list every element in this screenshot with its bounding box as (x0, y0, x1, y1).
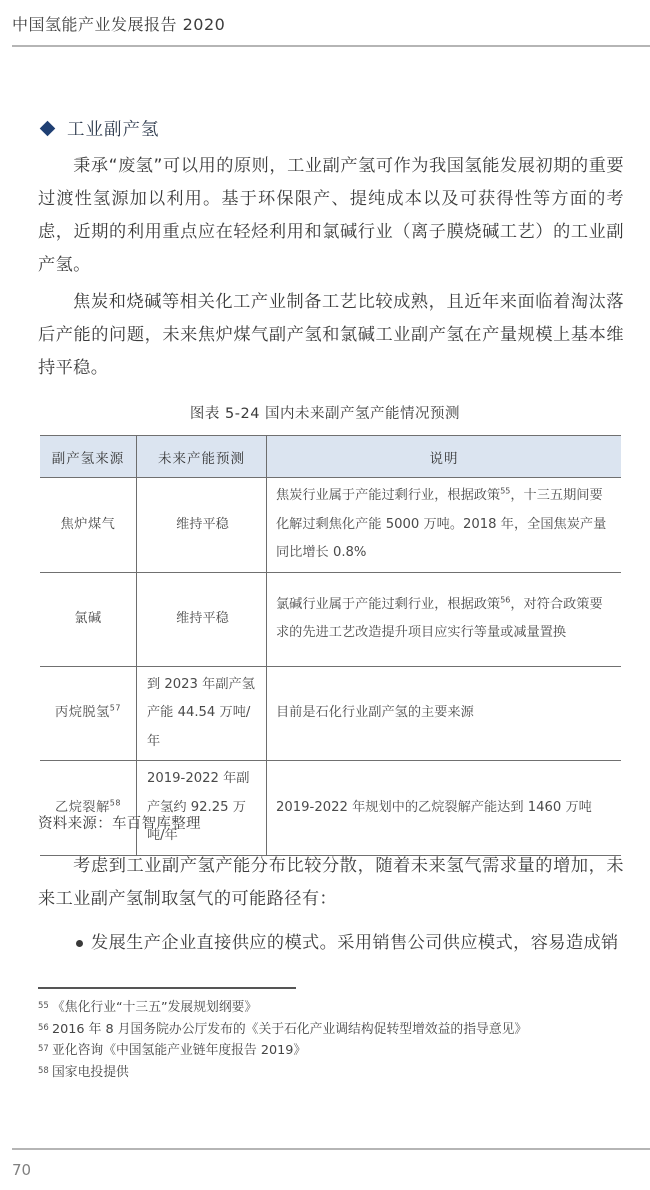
cell-note: 2019-2022 年规划中的乙烷裂解产能达到 1460 万吨 (267, 761, 622, 856)
cell-source: 乙烷裂解58 (40, 761, 137, 856)
footnote-number: 58 (38, 1062, 52, 1082)
table-caption: 图表 5-24 国内未来副产氢产能情况预测 (0, 402, 650, 423)
footnotes: 55《焦化行业“十三五”发展规划纲要》 562016 年 8 月国务院办公厅发布… (38, 998, 527, 1084)
header-divider (12, 45, 650, 47)
bullet-item: 发展生产企业直接供应的模式。采用销售公司供应模式，容易造成销 (76, 928, 619, 953)
cell-note: 焦炭行业属于产能过剩行业，根据政策55，十三五期间要化解过剩焦化产能 5000 … (267, 478, 622, 573)
table-row: 乙烷裂解58 2019-2022 年副产氢约 92.25 万吨/年 2019-2… (40, 761, 621, 856)
column-header-note: 说明 (267, 436, 622, 478)
footnote-number: 57 (38, 1040, 52, 1060)
footnote-text: 国家电投提供 (52, 1063, 129, 1083)
column-header-source: 副产氢来源 (40, 436, 137, 478)
cell-forecast: 到 2023 年副产氢产能 44.54 万吨/年 (137, 666, 267, 761)
footnote-text: 2016 年 8 月国务院办公厅发布的《关于石化产业调结构促转型增效益的指导意见… (52, 1020, 527, 1040)
cell-note: 氯碱行业属于产能过剩行业，根据政策56，对符合政策要求的先进工艺改造提升项目应实… (267, 572, 622, 666)
footnote-number: 56 (38, 1019, 52, 1039)
footnote-number: 55 (38, 997, 52, 1017)
footnote-item: 58国家电投提供 (38, 1063, 527, 1085)
footnote-ref[interactable]: 56 (500, 595, 510, 604)
cell-note: 目前是石化行业副产氢的主要来源 (267, 666, 622, 761)
footnote-text: 亚化咨询《中国氢能产业链年度报告 2019》 (52, 1041, 306, 1061)
cell-forecast: 2019-2022 年副产氢约 92.25 万吨/年 (137, 761, 267, 856)
paragraph-1-text: 秉承“废氢”可以用的原则，工业副产氢可作为我国氢能发展初期的重要过渡性氢源加以利… (38, 156, 624, 275)
note-text: 氯碱行业属于产能过剩行业，根据政策 (276, 597, 500, 612)
footer-divider (12, 1148, 650, 1150)
footnote-item: 55《焦化行业“十三五”发展规划纲要》 (38, 998, 527, 1020)
paragraph-1: 秉承“废氢”可以用的原则，工业副产氢可作为我国氢能发展初期的重要过渡性氢源加以利… (38, 150, 624, 282)
table-row: 氯碱 维持平稳 氯碱行业属于产能过剩行业，根据政策56，对符合政策要求的先进工艺… (40, 572, 621, 666)
note-text: 焦炭行业属于产能过剩行业，根据政策 (276, 488, 500, 503)
source-text: 丙烷脱氢 (55, 705, 110, 720)
cell-source: 氯碱 (40, 572, 137, 666)
source-text: 氯碱 (74, 611, 101, 626)
paragraph-2: 焦炭和烧碱等相关化工产业制备工艺比较成熟，且近年来面临着淘汰落后产能的问题，未来… (38, 286, 624, 385)
footnote-ref[interactable]: 57 (110, 704, 121, 713)
table-row: 丙烷脱氢57 到 2023 年副产氢产能 44.54 万吨/年 目前是石化行业副… (40, 666, 621, 761)
cell-source: 焦炉煤气 (40, 478, 137, 573)
forecast-table: 副产氢来源 未来产能预测 说明 焦炉煤气 维持平稳 焦炭行业属于产能过剩行业，根… (40, 435, 621, 856)
column-header-forecast: 未来产能预测 (137, 436, 267, 478)
footnote-text: 《焦化行业“十三五”发展规划纲要》 (52, 998, 257, 1018)
paragraph-3-text: 考虑到工业副产氢产能分布比较分散，随着未来氢气需求量的增加，未来工业副产氢制取氢… (38, 856, 624, 909)
paragraph-2-text: 焦炭和烧碱等相关化工产业制备工艺比较成熟，且近年来面临着淘汰落后产能的问题，未来… (38, 292, 624, 378)
diamond-bullet-icon (40, 121, 56, 137)
bullet-dot-icon (76, 940, 83, 947)
section-heading: 工业副产氢 (38, 116, 160, 141)
cell-forecast: 维持平稳 (137, 478, 267, 573)
footnote-item: 562016 年 8 月国务院办公厅发布的《关于石化产业调结构促转型增效益的指导… (38, 1020, 527, 1042)
section-title: 工业副产氢 (67, 116, 160, 141)
paragraph-3: 考虑到工业副产氢产能分布比较分散，随着未来氢气需求量的增加，未来工业副产氢制取氢… (38, 850, 624, 916)
footnote-ref[interactable]: 55 (500, 487, 510, 496)
table-header-row: 副产氢来源 未来产能预测 说明 (40, 436, 621, 478)
cell-source: 丙烷脱氢57 (40, 666, 137, 761)
footnote-item: 57亚化咨询《中国氢能产业链年度报告 2019》 (38, 1041, 527, 1063)
page-number: 70 (12, 1161, 31, 1179)
running-header-title: 中国氢能产业发展报告 2020 (12, 12, 225, 35)
cell-forecast: 维持平稳 (137, 572, 267, 666)
table-row: 焦炉煤气 维持平稳 焦炭行业属于产能过剩行业，根据政策55，十三五期间要化解过剩… (40, 478, 621, 573)
footnote-divider (38, 987, 296, 989)
source-text: 焦炉煤气 (61, 517, 116, 532)
table-source-note: 资料来源：车百智库整理 (38, 812, 201, 833)
footnote-ref[interactable]: 58 (110, 798, 121, 807)
bullet-text: 发展生产企业直接供应的模式。采用销售公司供应模式，容易造成销 (91, 928, 619, 953)
